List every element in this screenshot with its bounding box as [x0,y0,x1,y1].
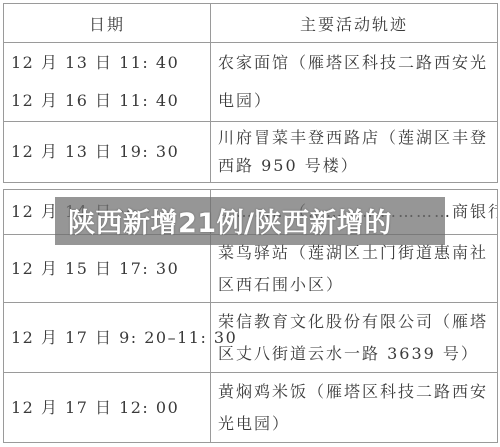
table-row: 12 月 13 日 19: 30 川府冒菜丰登西路店（莲湖区丰登西路 950 号… [4,122,498,183]
date-cell: 12 月 13 日 19: 30 [4,122,211,183]
header-activity: 主要活动轨迹 [211,4,498,43]
header-date: 日期 [4,4,211,43]
date-text: 12 月 15 日 17: 30 [11,250,209,288]
date-cell: 12 月 13 日 11: 40 12 月 16 日 11: 40 [4,43,211,122]
table-header-row: 日期 主要活动轨迹 [4,4,498,43]
itinerary-table-part1: 日期 主要活动轨迹 12 月 13 日 11: 40 12 月 16 日 11:… [3,3,498,183]
place-cell: 农家面馆（雁塔区科技二路西安光电园） [211,43,498,122]
headline-text: 陕西新增21例/陕西新增的 [68,201,392,240]
date-text: 12 月 17 日 12: 00 [11,389,209,427]
table-row: 12 月 17 日 12: 00 黄焖鸡米饭（雁塔区科技二路西安光电园） [4,373,498,443]
place-cell: 黄焖鸡米饭（雁塔区科技二路西安光电园） [211,373,498,443]
date-cell: 12 月 17 日 12: 00 [4,373,211,443]
date-text: 12 月 16 日 11: 40 [11,82,209,120]
table-row: 12 月 13 日 11: 40 12 月 16 日 11: 40 农家面馆（雁… [4,43,498,122]
date-text: 12 月 13 日 11: 40 [11,44,209,82]
place-cell: 荣信教育文化股份有限公司（雁塔区丈八街道云水一路 3639 号） [211,303,498,373]
date-text: 12 月 13 日 19: 30 [11,133,209,171]
table-row: 12 月 17 日 9: 20–11: 30 荣信教育文化股份有限公司（雁塔区丈… [4,303,498,373]
date-cell: 12 月 17 日 9: 20–11: 30 [4,303,211,373]
date-text: 12 月 17 日 9: 20–11: 30 [11,319,209,357]
place-cell: 川府冒菜丰登西路店（莲湖区丰登西路 950 号楼） [211,122,498,183]
